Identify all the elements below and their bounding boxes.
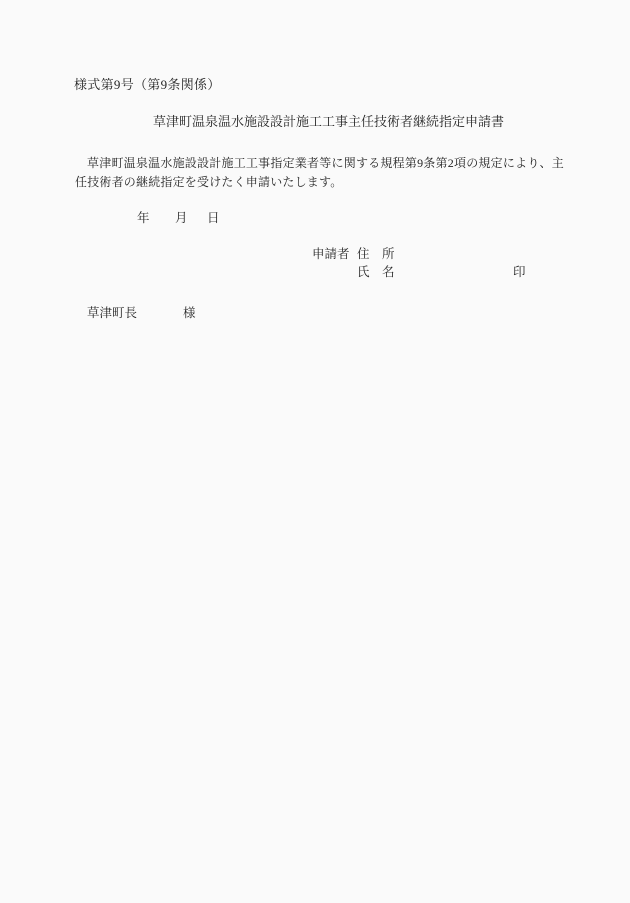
date-day-label: 日 <box>207 211 220 225</box>
date-month-label: 月 <box>175 211 188 225</box>
addressee-honorific: 様 <box>183 306 196 320</box>
seal-mark: 印 <box>513 265 526 279</box>
applicant-label: 申請者 <box>312 247 350 261</box>
body-paragraph: 草津町温泉温水施設設計施工工事指定業者等に関する規程第9条第2項の規定により、主… <box>75 154 564 191</box>
document-title: 草津町温泉温水施設設計施工工事主任技術者継続指定申請書 <box>153 115 504 130</box>
applicant-name-label: 氏 名 <box>357 265 395 279</box>
form-number: 様式第9号（第9条関係） <box>74 78 221 93</box>
applicant-address-label: 住 所 <box>357 247 395 261</box>
date-year-label: 年 <box>137 211 150 225</box>
document-page: 様式第9号（第9条関係） 草津町温泉温水施設設計施工工事主任技術者継続指定申請書… <box>0 0 630 903</box>
addressee-name: 草津町長 <box>87 306 137 320</box>
